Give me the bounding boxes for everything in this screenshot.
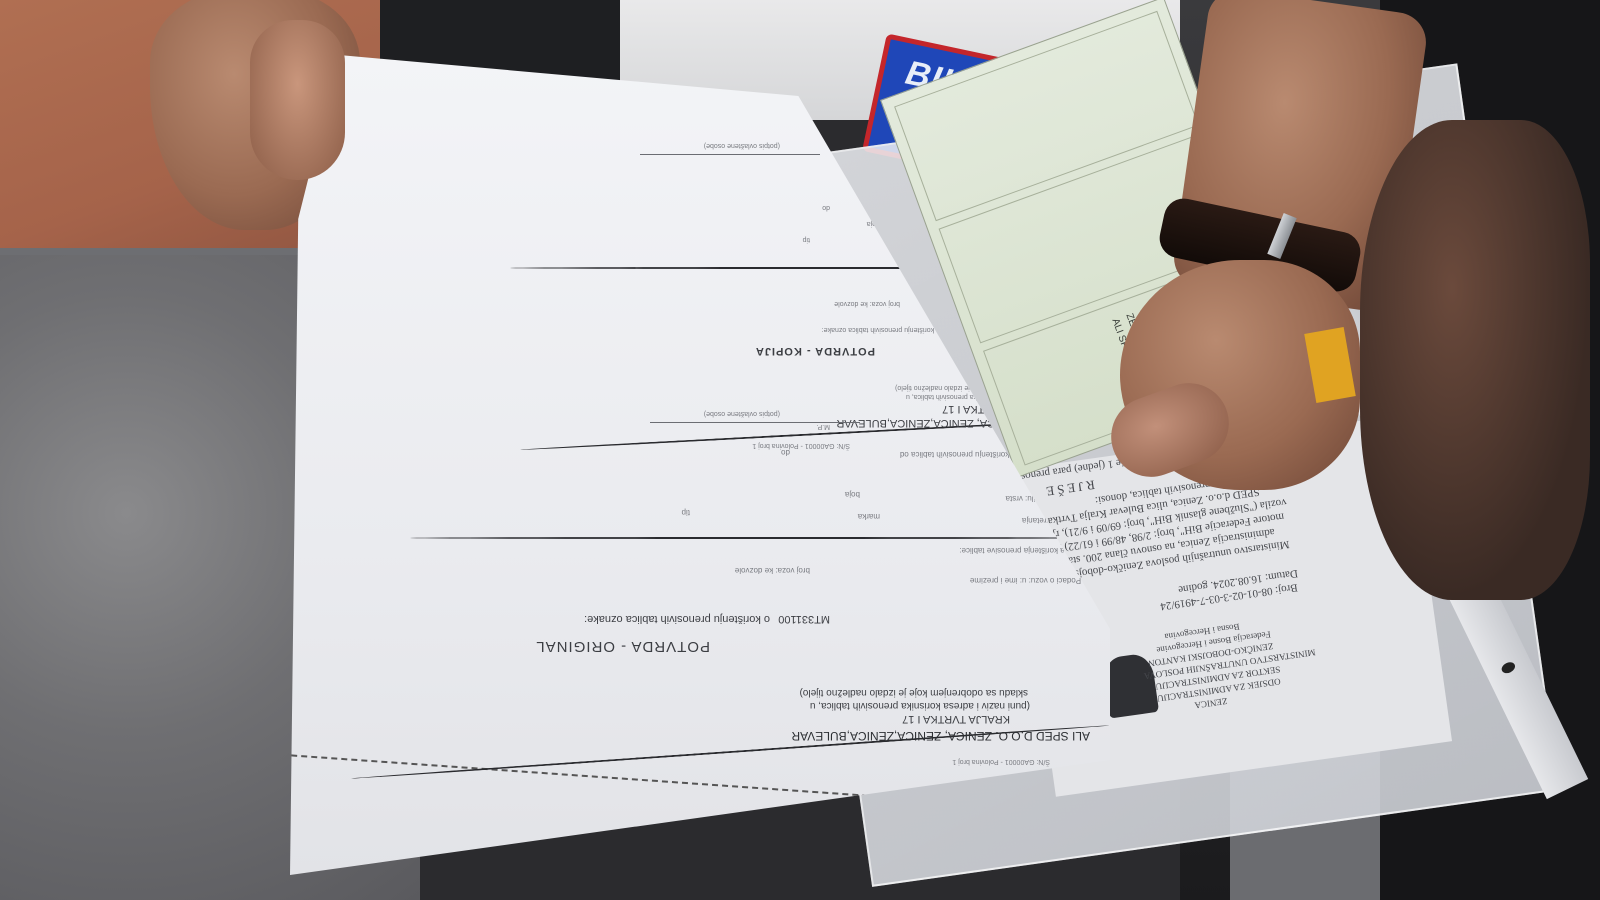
form-original: Š/N: GA00001 - Polovina broj 1 ALI SPED … (290, 375, 1110, 775)
divider (410, 537, 1110, 539)
copy-subtitle: o korištenju prenosivih tablica oznake: (822, 326, 940, 333)
decision-header: ZENICA (1194, 696, 1228, 710)
original-field: 1. Podaci o vozu: u: ime i prezime (970, 576, 1090, 585)
left-thumb (250, 20, 345, 180)
original-field: tip (682, 508, 690, 517)
copy-field: tip (803, 236, 810, 243)
original-mp: M.P. (817, 423, 831, 430)
original-signature-label: (potpis ovlaštene osobe) (704, 410, 780, 417)
original-serial: Š/N: GA00001 - Polovina broj 1 (952, 758, 1050, 765)
copy-field: broj voza: ke dozvole (834, 300, 900, 307)
original-title: POTVRDA - ORIGINAL (535, 638, 710, 655)
copy-title: POTVRDA - KOPIJA (755, 345, 875, 357)
original-subtitle: o korištenju prenosivih tablica oznake: (584, 613, 770, 625)
signature-line (650, 422, 860, 423)
original-field: boja (845, 490, 860, 499)
original-company: ALI SPED D.O.O. ZENICA, ZENICA,ZENICA,BU… (791, 729, 1090, 743)
original-caption: skladu sa odobrenjem koje je izdalo nadl… (800, 687, 1028, 698)
original-field: marka (858, 512, 880, 521)
copy-field: do (822, 204, 830, 211)
original-plate-number: MT331100 (778, 613, 830, 625)
original-street: KRALJA TVRTKA I 17 (902, 713, 1010, 725)
copy-signature-label: (potpis ovlaštene osobe) (704, 142, 780, 149)
original-field: broj voza: ke dozvole (735, 566, 810, 575)
punch-hole (1500, 660, 1517, 675)
original-caption: (puni naziv i adresa korisnika prenosivi… (810, 700, 1030, 711)
signature-line (640, 154, 820, 155)
original-field: do (781, 448, 790, 457)
other-person-hand (1360, 120, 1590, 600)
decision-heading: RJEŠE (1042, 476, 1096, 499)
